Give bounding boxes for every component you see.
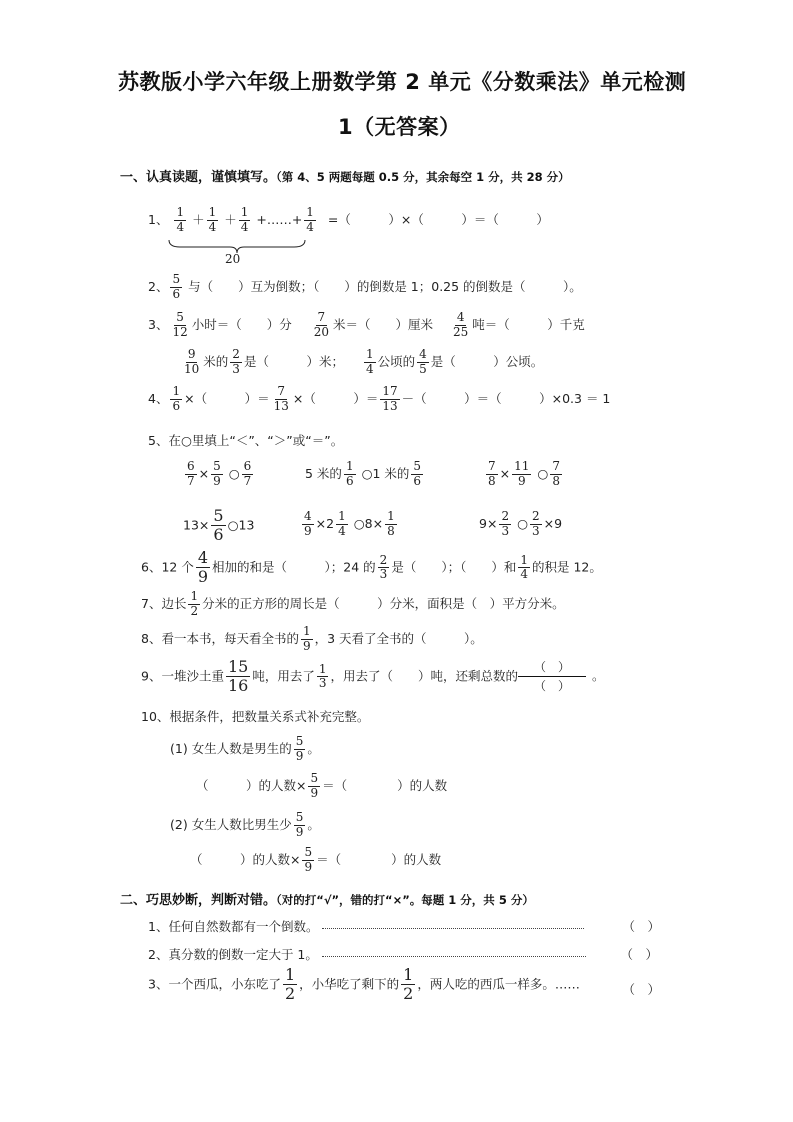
section-2-heading: 二、巧思妙断，判断对错。（对的打“√”，错的打“×”。每题 1 分，共 5 分） (120, 889, 534, 908)
answer-blank[interactable]: （ ） (620, 945, 658, 963)
compare-item-3[interactable]: 78×119 ○78 (484, 460, 564, 489)
answer-blanks[interactable]: =（ ）×（ ）＝（ ） (328, 212, 549, 227)
fraction: 14 (304, 206, 316, 235)
fraction: 14 (207, 206, 219, 235)
question-7: 7、边长12分米的正方形的周长是（ ）分米，面积是（ ）平方分米。 (141, 590, 565, 619)
question-3: 3、512小时＝（ ）分 720米＝（ ）厘米 425吨＝（ ）千克 (148, 311, 585, 340)
document-title-line2: 1（无答案） (338, 111, 461, 141)
compare-circle: ○ (354, 516, 365, 531)
judge-item-3: 3、一个西瓜，小东吃了12，小华吃了剩下的12，两人吃的西瓜一样多。…… （ ） (148, 966, 660, 1004)
section-1-heading: 一、认真读题，谨慎填写。（第 4、5 两题每题 0.5 分，其余每空 1 分，共… (120, 166, 570, 185)
question-3-line-2: 910米的23是（ ）米； 14公顷的45是（ ）公顷。 (180, 348, 543, 377)
section-1-note: （第 4、5 两题每题 0.5 分，其余每空 1 分，共 28 分） (276, 170, 570, 184)
compare-item-6[interactable]: 9×23 ○23×9 (479, 510, 562, 539)
compare-circle: ○ (228, 517, 239, 532)
dotted-leader (322, 955, 586, 957)
question-4: 4、16×（ ）＝713×（ ）＝1713－（ ）＝（ ）×0.3 ＝ 1 (148, 385, 610, 414)
compare-item-2[interactable]: 5 米的16 ○1 米的56 (305, 460, 425, 489)
section-2-note: （对的打“√”，错的打“×”。每题 1 分，共 5 分） (276, 893, 534, 907)
question-6: 6、12 个49相加的和是（ ）；24 的23是（ ）；（ ）和14的积是 12… (141, 549, 602, 587)
compare-item-5[interactable]: 49×214 ○8×18 (300, 510, 399, 539)
question-10-sub-2: (2) 女生人数比男生少59。 (170, 811, 320, 840)
compare-circle: ○ (229, 466, 240, 481)
section-1-title: 一、认真读题，谨慎填写。 (120, 170, 276, 185)
compare-circle: ○ (537, 466, 548, 481)
fraction: 14 (174, 206, 186, 235)
answer-blank[interactable]: （ ） (622, 917, 660, 935)
dotted-leader (322, 927, 584, 929)
question-2: 2、56 与（ ）互为倒数；（ ）的倒数是 1；0.25 的倒数是（ ）。 (148, 273, 582, 302)
question-10: 10、根据条件，把数量关系式补充完整。 (141, 707, 369, 725)
question-1: 1、 14 ＋14 ＋14 +……+14 =（ ）×（ ）＝（ ） (148, 206, 549, 235)
fraction: 56 (170, 273, 182, 302)
section-2-title: 二、巧思妙断，判断对错。 (120, 893, 276, 908)
ellipsis: +……+ (256, 212, 302, 227)
answer-blank[interactable]: （ ） (622, 980, 660, 998)
term-count: 20 (225, 252, 240, 266)
question-10-sub-1-equation[interactable]: （ ）的人数×59＝（ ）的人数 (196, 772, 447, 801)
question-5: 5、在○里填上“＜”、“＞”或“＝”。 (148, 431, 343, 449)
compare-circle: ○ (517, 516, 528, 531)
judge-item-2: 2、真分数的倒数一定大于 1。 （ ） (148, 945, 658, 963)
compare-item-4[interactable]: 13×56○13 (183, 507, 254, 545)
question-10-sub-1: (1) 女生人数是男生的59。 (170, 735, 320, 764)
question-10-sub-2-equation[interactable]: （ ）的人数×59＝（ ）的人数 (190, 846, 441, 875)
document-title-line1: 苏教版小学六年级上册数学第 2 单元《分数乘法》单元检测 (118, 66, 686, 96)
compare-circle: ○ (362, 466, 373, 481)
judge-item-1: 1、任何自然数都有一个倒数。 （ ） (148, 917, 660, 935)
question-8: 8、看一本书，每天看全书的19，3 天看了全书的（ ）。 (141, 625, 483, 654)
question-text[interactable]: 与（ ）互为倒数；（ ）的倒数是 1；0.25 的倒数是（ ）。 (188, 279, 582, 294)
fraction: 14 (239, 206, 251, 235)
compare-item-1[interactable]: 67×59 ○67 (183, 460, 255, 489)
question-9: 9、一堆沙土重1516吨，用去了13，用去了（ ）吨，还剩总数的（ ）（ ）。 (141, 658, 605, 696)
fraction-blank[interactable]: （ ）（ ） (518, 660, 586, 694)
question-label: 1、 (148, 212, 168, 227)
